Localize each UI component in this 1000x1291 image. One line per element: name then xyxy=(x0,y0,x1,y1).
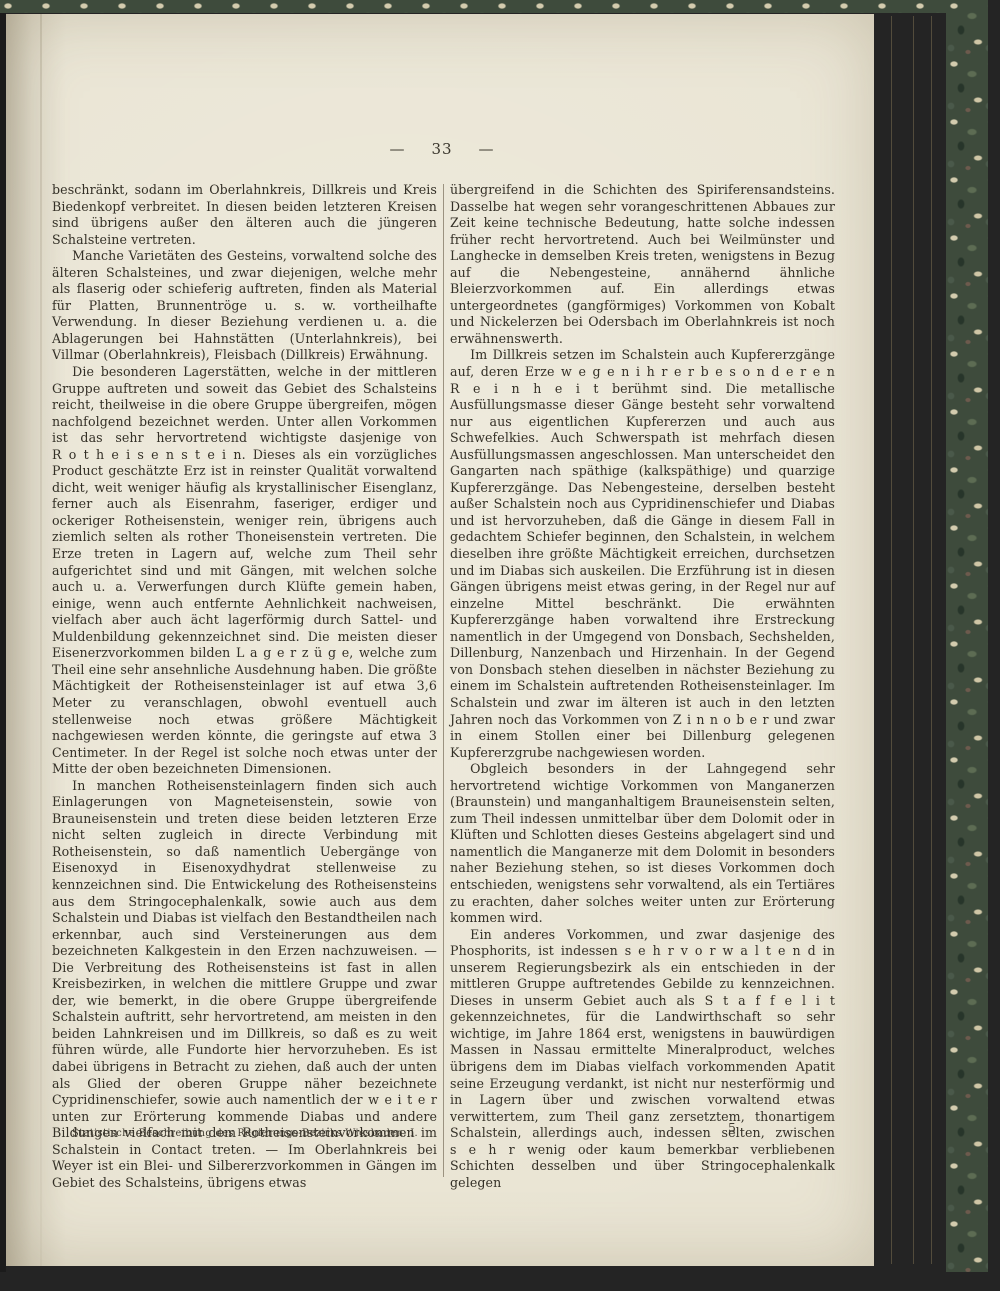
paragraph: Die besonderen Lagerstätten, welche in d… xyxy=(52,364,437,778)
page-edge-line xyxy=(931,16,932,1264)
paragraph: übergreifend in die Schichten des Spirif… xyxy=(450,182,835,347)
paragraph: Ein anderes Vorkommen, und zwar dasjenig… xyxy=(450,927,835,1192)
page-crease xyxy=(40,14,42,1266)
page-header: —33— xyxy=(52,140,832,158)
paragraph: beschränkt, sodann im Oberlahnkreis, Dil… xyxy=(52,182,437,248)
left-column: beschränkt, sodann im Oberlahnkreis, Dil… xyxy=(52,182,437,1191)
paragraph: Manche Varietäten des Gesteins, vorwalte… xyxy=(52,248,437,364)
two-column-text-block: beschränkt, sodann im Oberlahnkreis, Dil… xyxy=(52,182,836,1191)
series-footer-note: Statistische Beschreibung des Regierungs… xyxy=(72,1128,418,1139)
page-edge-line xyxy=(913,16,914,1264)
column-divider-rule xyxy=(443,184,444,1177)
header-dash-left: — xyxy=(389,140,405,158)
underlying-page-edges xyxy=(872,16,947,1264)
header-dash-right: — xyxy=(479,140,495,158)
signature-mark: 5 xyxy=(728,1120,736,1135)
marbled-book-edge-top xyxy=(0,0,946,13)
page-number: 33 xyxy=(431,140,452,158)
marbled-book-edge-right xyxy=(946,0,988,1272)
scanned-book-page: —33— beschränkt, sodann im Oberlahnkreis… xyxy=(6,14,874,1266)
right-column: übergreifend in die Schichten des Spirif… xyxy=(450,182,835,1191)
paragraph: Im Dillkreis setzen im Schalstein auch K… xyxy=(450,347,835,761)
paragraph: Obgleich besonders in der Lahngegend seh… xyxy=(450,761,835,926)
page-edge-line xyxy=(891,16,892,1264)
